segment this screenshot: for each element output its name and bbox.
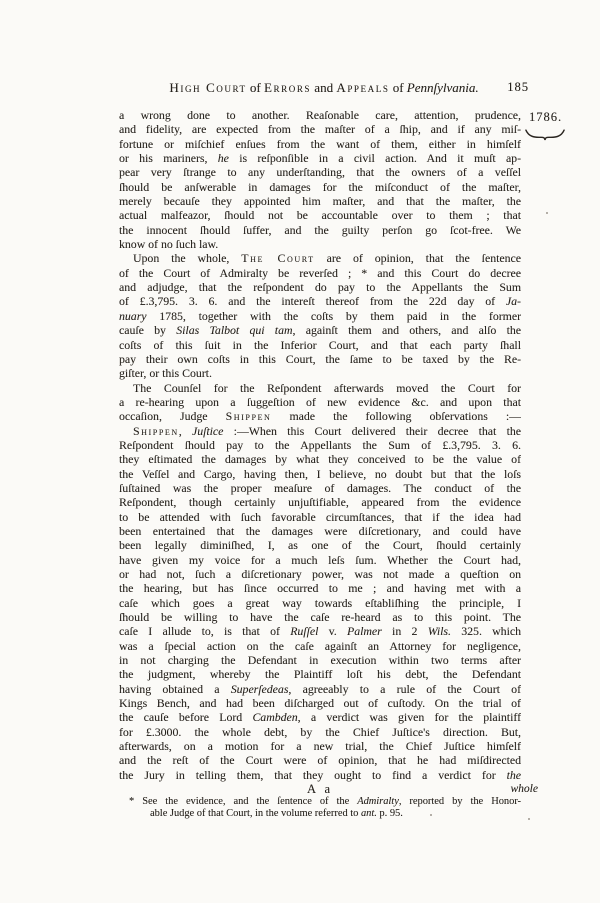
body-line: they eſtimated the damages by what they …	[119, 452, 521, 466]
page-number: 185	[507, 80, 529, 95]
text-segment: pay their own coſts in this Court, the ſ…	[119, 352, 521, 366]
body-line: the Jury in telling them, that they ough…	[119, 768, 521, 782]
text-segment: Kings Bench, and had been diſcharged out…	[119, 696, 521, 710]
text-segment: afterwards, on a motion for a new trial,…	[119, 739, 521, 753]
text-segment: Pennſylvania.	[407, 80, 479, 95]
body-text: a wrong done to another. Reaſonable care…	[119, 108, 521, 782]
text-segment: The Counſel for the Reſpondent afterward…	[133, 381, 521, 395]
body-line: the cauſe before Lord Cambden, a verdict…	[119, 710, 521, 724]
text-segment: a wrong done to another. Reaſonable care…	[119, 108, 521, 122]
body-line: of the Court of Admiralty be reverſed ; …	[119, 266, 521, 280]
body-line: Reſpondent ſhould pay to the Appellants …	[119, 438, 521, 452]
body-line: was a ſpecial action on the caſe againſt…	[119, 639, 521, 653]
text-segment: Wils.	[428, 624, 451, 638]
body-line: coſts of this ſuit in the Inferior Court…	[119, 338, 521, 352]
text-segment: caſe which goes a great way towards eſta…	[119, 596, 521, 610]
text-segment: of £.3,795. 3. 6. and the intereſt there…	[119, 294, 506, 308]
footnote-line: * See the evidence, and the ſentence of …	[119, 796, 521, 809]
text-segment: cauſe by	[119, 323, 176, 337]
ink-speck	[430, 814, 432, 816]
body-line: actual malfeazor, ſhould not be accounta…	[119, 208, 521, 222]
text-segment: the cauſe before Lord	[119, 710, 252, 724]
footnote-line: able Judge of that Court, in the volume …	[119, 808, 521, 821]
text-segment: p. 95.	[377, 808, 403, 819]
text-segment: giſter, or this Court.	[119, 366, 212, 380]
page-header: High Court of Errors and Appeals of Penn…	[119, 80, 529, 96]
text-segment: and the reſt of the Court were of opinio…	[119, 753, 521, 767]
text-segment: have given my voice for a much leſs ſum.…	[119, 553, 521, 567]
body-line: caſe I allude to, is that of Ruſſel v. P…	[119, 624, 521, 638]
text-segment: been legally diminiſhed, I, as one of th…	[119, 538, 521, 552]
text-segment: know of no ſuch law.	[119, 237, 218, 251]
text-segment: was a ſpecial action on the caſe againſt…	[119, 639, 521, 653]
text-segment: ſhould be willing to have the caſe re-he…	[119, 610, 521, 624]
page: High Court of Errors and Appeals of Penn…	[0, 0, 600, 903]
text-segment: of the Court of Admiralty be reverſed ; …	[119, 266, 521, 280]
body-line: to be attended with ſuch favorable circu…	[119, 510, 521, 524]
text-segment: of	[389, 80, 406, 95]
text-segment: Shippen	[226, 409, 272, 423]
text-segment: The Court	[241, 251, 314, 265]
ink-speck	[546, 212, 548, 214]
body-line: have given my voice for a much leſs ſum.…	[119, 553, 521, 567]
text-segment: Palmer	[347, 624, 382, 638]
text-segment: v.	[318, 624, 347, 638]
text-segment: made the following obſervations :—	[271, 409, 521, 423]
text-segment: Reſpondent, though certainly unjuſtifiab…	[119, 495, 521, 509]
text-segment: High Court	[169, 80, 246, 95]
body-line: merely becauſe they appointed him maſter…	[119, 194, 521, 208]
text-segment: or had not, ſuch a diſcretionary power, …	[119, 567, 521, 581]
body-line: having obtained a Superſedeas, agreeably…	[119, 682, 521, 696]
body-line: Reſpondent, though certainly unjuſtifiab…	[119, 495, 521, 509]
text-segment: they eſtimated the damages by what they …	[119, 452, 521, 466]
text-segment: occaſion, Judge	[119, 409, 226, 423]
text-segment: merely becauſe they appointed him maſter…	[119, 194, 521, 208]
text-segment: in 2	[382, 624, 428, 638]
text-segment: Upon the whole,	[133, 251, 241, 265]
body-line: the judgment, whereby the Plaintiff loſt…	[119, 667, 521, 681]
text-segment: Ja-	[506, 294, 521, 308]
margin-year-note: 1786.	[529, 110, 562, 125]
body-line: The Counſel for the Reſpondent afterward…	[119, 381, 521, 395]
text-segment: having obtained a	[119, 682, 231, 696]
body-line: for £.3000. the whole debt, by the Chief…	[119, 725, 521, 739]
text-segment: Admiralty	[357, 796, 399, 807]
body-line: fortune or miſchief enſues from the want…	[119, 137, 521, 151]
body-line: occaſion, Judge Shippen made the followi…	[119, 409, 521, 423]
body-line: nuary 1785, together with the coſts by t…	[119, 309, 521, 323]
text-segment: caſe I allude to, is that of	[119, 624, 290, 638]
body-line: pay their own coſts in this Court, the ſ…	[119, 352, 521, 366]
text-segment: or his mariners,	[119, 151, 218, 165]
text-segment: and adjudge, that the reſpondent do pay …	[119, 280, 521, 294]
running-head: High Court of Errors and Appeals of Penn…	[119, 80, 529, 96]
text-segment: , agreeably to a rule of the Court of	[288, 682, 521, 696]
text-segment: in not charging the Defendant in executi…	[119, 653, 521, 667]
body-line: been entertained that the damages were d…	[119, 524, 521, 538]
body-line: ſhould be willing to have the caſe re-he…	[119, 610, 521, 624]
text-segment: to be attended with ſuch favorable circu…	[119, 510, 521, 524]
body-line: Shippen, Juſtice :—When this Court deliv…	[119, 424, 521, 438]
text-segment: Superſedeas	[231, 682, 289, 696]
body-line: of £.3,795. 3. 6. and the intereſt there…	[119, 294, 521, 308]
body-line: been legally diminiſhed, I, as one of th…	[119, 538, 521, 552]
body-line: or his mariners, he is reſponſible in a …	[119, 151, 521, 165]
text-segment: nuary	[119, 309, 147, 323]
text-segment: Juſtice	[192, 424, 223, 438]
text-segment: he	[218, 151, 229, 165]
body-line: the innocent ſhould ſuffer, and the guil…	[119, 223, 521, 237]
text-segment: Cambden	[252, 710, 297, 724]
body-line: pear very ſtrange to any underſtanding, …	[119, 165, 521, 179]
text-column: a wrong done to another. Reaſonable care…	[119, 108, 521, 821]
text-segment: 1785, together with the coſts by them pa…	[147, 309, 521, 323]
body-line: afterwards, on a motion for a new trial,…	[119, 739, 521, 753]
text-segment: Reſpondent ſhould pay to the Appellants …	[119, 438, 521, 452]
body-line: cauſe by Silas Talbot qui tam, againſt t…	[119, 323, 521, 337]
text-segment: of	[247, 80, 264, 95]
body-line: the Veſſel and Cargo, having then, I bel…	[119, 467, 521, 481]
body-line: caſe which goes a great way towards eſta…	[119, 596, 521, 610]
text-segment: :—When this Court delivered their decree…	[223, 424, 521, 438]
ink-speck	[528, 818, 530, 820]
text-segment: Shippen	[133, 424, 179, 438]
text-segment: the hearing, but has ſince occurred to m…	[119, 581, 521, 595]
text-segment: actual malfeazor, ſhould not be accounta…	[119, 208, 521, 222]
text-segment: for £.3000. the whole debt, by the Chief…	[119, 725, 521, 739]
text-segment: Ruſſel	[290, 624, 318, 638]
text-segment: 325. which	[451, 624, 521, 638]
text-segment: fortune or miſchief enſues from the want…	[119, 137, 521, 151]
text-segment: the Veſſel and Cargo, having then, I bel…	[119, 467, 521, 481]
text-segment: able Judge of that Court, in the volume …	[150, 808, 361, 819]
body-line: a re-hearing upon a ſuggeſtion of new ev…	[119, 395, 521, 409]
text-segment: is reſponſible in a civil action. And it…	[229, 151, 521, 165]
text-segment: , a verdict was given for the plaintiff	[298, 710, 521, 724]
body-line: and adjudge, that the reſpondent do pay …	[119, 280, 521, 294]
body-line: know of no ſuch law.	[119, 237, 521, 251]
signature-line: A a whole	[119, 782, 521, 796]
text-segment: are of opinion, that the ſentence	[315, 251, 521, 265]
body-line: ſhould be anſwerable in damages for the …	[119, 180, 521, 194]
text-segment: ſuſtained was the proper meaſure of dama…	[119, 481, 521, 495]
text-segment: ſhould be anſwerable in damages for the …	[119, 180, 521, 194]
text-segment: been entertained that the damages were d…	[119, 524, 521, 538]
text-segment: a re-hearing upon a ſuggeſtion of new ev…	[119, 395, 521, 409]
text-segment: and fidelity, are expected from the maſt…	[119, 122, 521, 136]
text-segment: the judgment, whereby the Plaintiff loſt…	[119, 667, 521, 681]
body-line: Kings Bench, and had been diſcharged out…	[119, 696, 521, 710]
body-line: a wrong done to another. Reaſonable care…	[119, 108, 521, 122]
text-segment: ,	[179, 424, 192, 438]
body-line: in not charging the Defendant in executi…	[119, 653, 521, 667]
catchword: whole	[511, 783, 538, 797]
text-segment: the Jury in telling them, that they ough…	[119, 768, 507, 782]
text-segment: , reported by the Honor-	[399, 796, 521, 807]
footnote: * See the evidence, and the ſentence of …	[119, 796, 521, 821]
text-segment: Errors	[264, 80, 311, 95]
body-line: and fidelity, are expected from the maſt…	[119, 122, 521, 136]
text-segment: coſts of this ſuit in the Inferior Court…	[119, 338, 521, 352]
body-line: Upon the whole, The Court are of opinion…	[119, 251, 521, 265]
body-line: ſuſtained was the proper meaſure of dama…	[119, 481, 521, 495]
body-line: or had not, ſuch a diſcretionary power, …	[119, 567, 521, 581]
body-line: and the reſt of the Court were of opinio…	[119, 753, 521, 767]
body-line: the hearing, but has ſince occurred to m…	[119, 581, 521, 595]
text-segment: Appeals	[336, 80, 389, 95]
text-segment: Silas Talbot qui tam	[176, 323, 292, 337]
text-segment: pear very ſtrange to any underſtanding, …	[119, 165, 521, 179]
signature-mark: A a	[307, 782, 333, 796]
text-segment: the	[507, 768, 521, 782]
year-brace-icon	[524, 127, 566, 141]
text-segment: , againſt them and others, and alſo the	[293, 323, 522, 337]
text-segment: the innocent ſhould ſuffer, and the guil…	[119, 223, 521, 237]
text-segment: ant.	[361, 808, 377, 819]
text-segment: * See the evidence, and the ſentence of …	[129, 796, 357, 807]
body-line: giſter, or this Court.	[119, 366, 521, 380]
text-segment: and	[311, 80, 336, 95]
